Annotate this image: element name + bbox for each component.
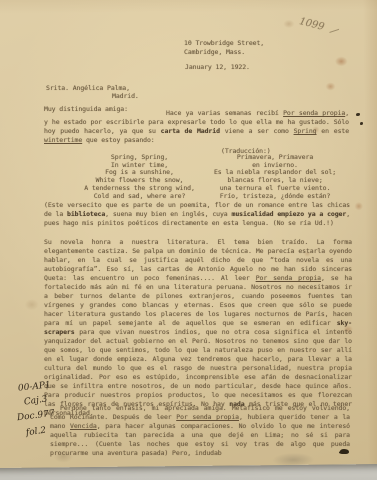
p2-emphasis: musicalidad empiezo ya a coger bbox=[232, 210, 347, 218]
p1-emphasis: carta de Madrid bbox=[161, 127, 220, 135]
p1-text: Hace ya varias semanas recibí bbox=[166, 109, 283, 117]
poem-english: Spring, Spring, In winter time, Fog is a… bbox=[72, 154, 207, 200]
word-spring: Spring bbox=[294, 127, 317, 135]
address-line-2: Cambridge, Mass. bbox=[184, 48, 264, 57]
book-title-por-senda-propia: Por senda propia bbox=[176, 413, 239, 421]
paragraph-2: (Este versecito que es parte de un poemi… bbox=[44, 201, 350, 228]
paragraph-3: Su novela honra a nuestra literatura. El… bbox=[44, 238, 352, 418]
p1-text: que estoy pasando: bbox=[82, 136, 154, 144]
poem-spanish: Primavera, Primavera en invierno. Es la … bbox=[200, 154, 350, 200]
sender-address: 10 Trowbridge Street, Cambridge, Mass. bbox=[184, 39, 264, 57]
recipient-city: Madrid. bbox=[112, 92, 139, 100]
recipient-name: Srita. Angélica Palma, bbox=[46, 84, 130, 92]
address-line-1: 10 Trowbridge Street, bbox=[184, 39, 264, 48]
p2-text: , suena muy bien en inglés, cuya bbox=[105, 210, 231, 218]
paragraph-4: Perdone tanto énfasis, mi apreciada amig… bbox=[50, 404, 350, 458]
paragraph-1: Hace ya varias semanas recibí Por senda … bbox=[44, 109, 349, 145]
book-title-por-senda-propia: Por senda propia bbox=[283, 109, 345, 117]
book-title-por-senda-propia: Por senda propia bbox=[256, 274, 321, 282]
p3-text: para que vivan nuestros indios, que no o… bbox=[44, 328, 352, 408]
poem-line-es: Frío, tristeza, ¿dónde están? bbox=[200, 193, 350, 201]
ink-blot bbox=[340, 449, 349, 454]
scanned-letter-page: 1099 10 Trowbridge Street, Cambridge, Ma… bbox=[0, 0, 377, 480]
word-wintertime: wintertime bbox=[44, 136, 82, 144]
date-line: January 12, 1922. bbox=[185, 63, 250, 71]
p1-text: en este bbox=[316, 127, 349, 135]
poem-line-en: Cold and sad, where are? bbox=[72, 193, 207, 201]
p2-emphasis: biblioteca bbox=[67, 210, 105, 218]
p1-text: viene a ser como bbox=[220, 127, 294, 135]
book-title-vencida: Vencida bbox=[70, 422, 97, 430]
